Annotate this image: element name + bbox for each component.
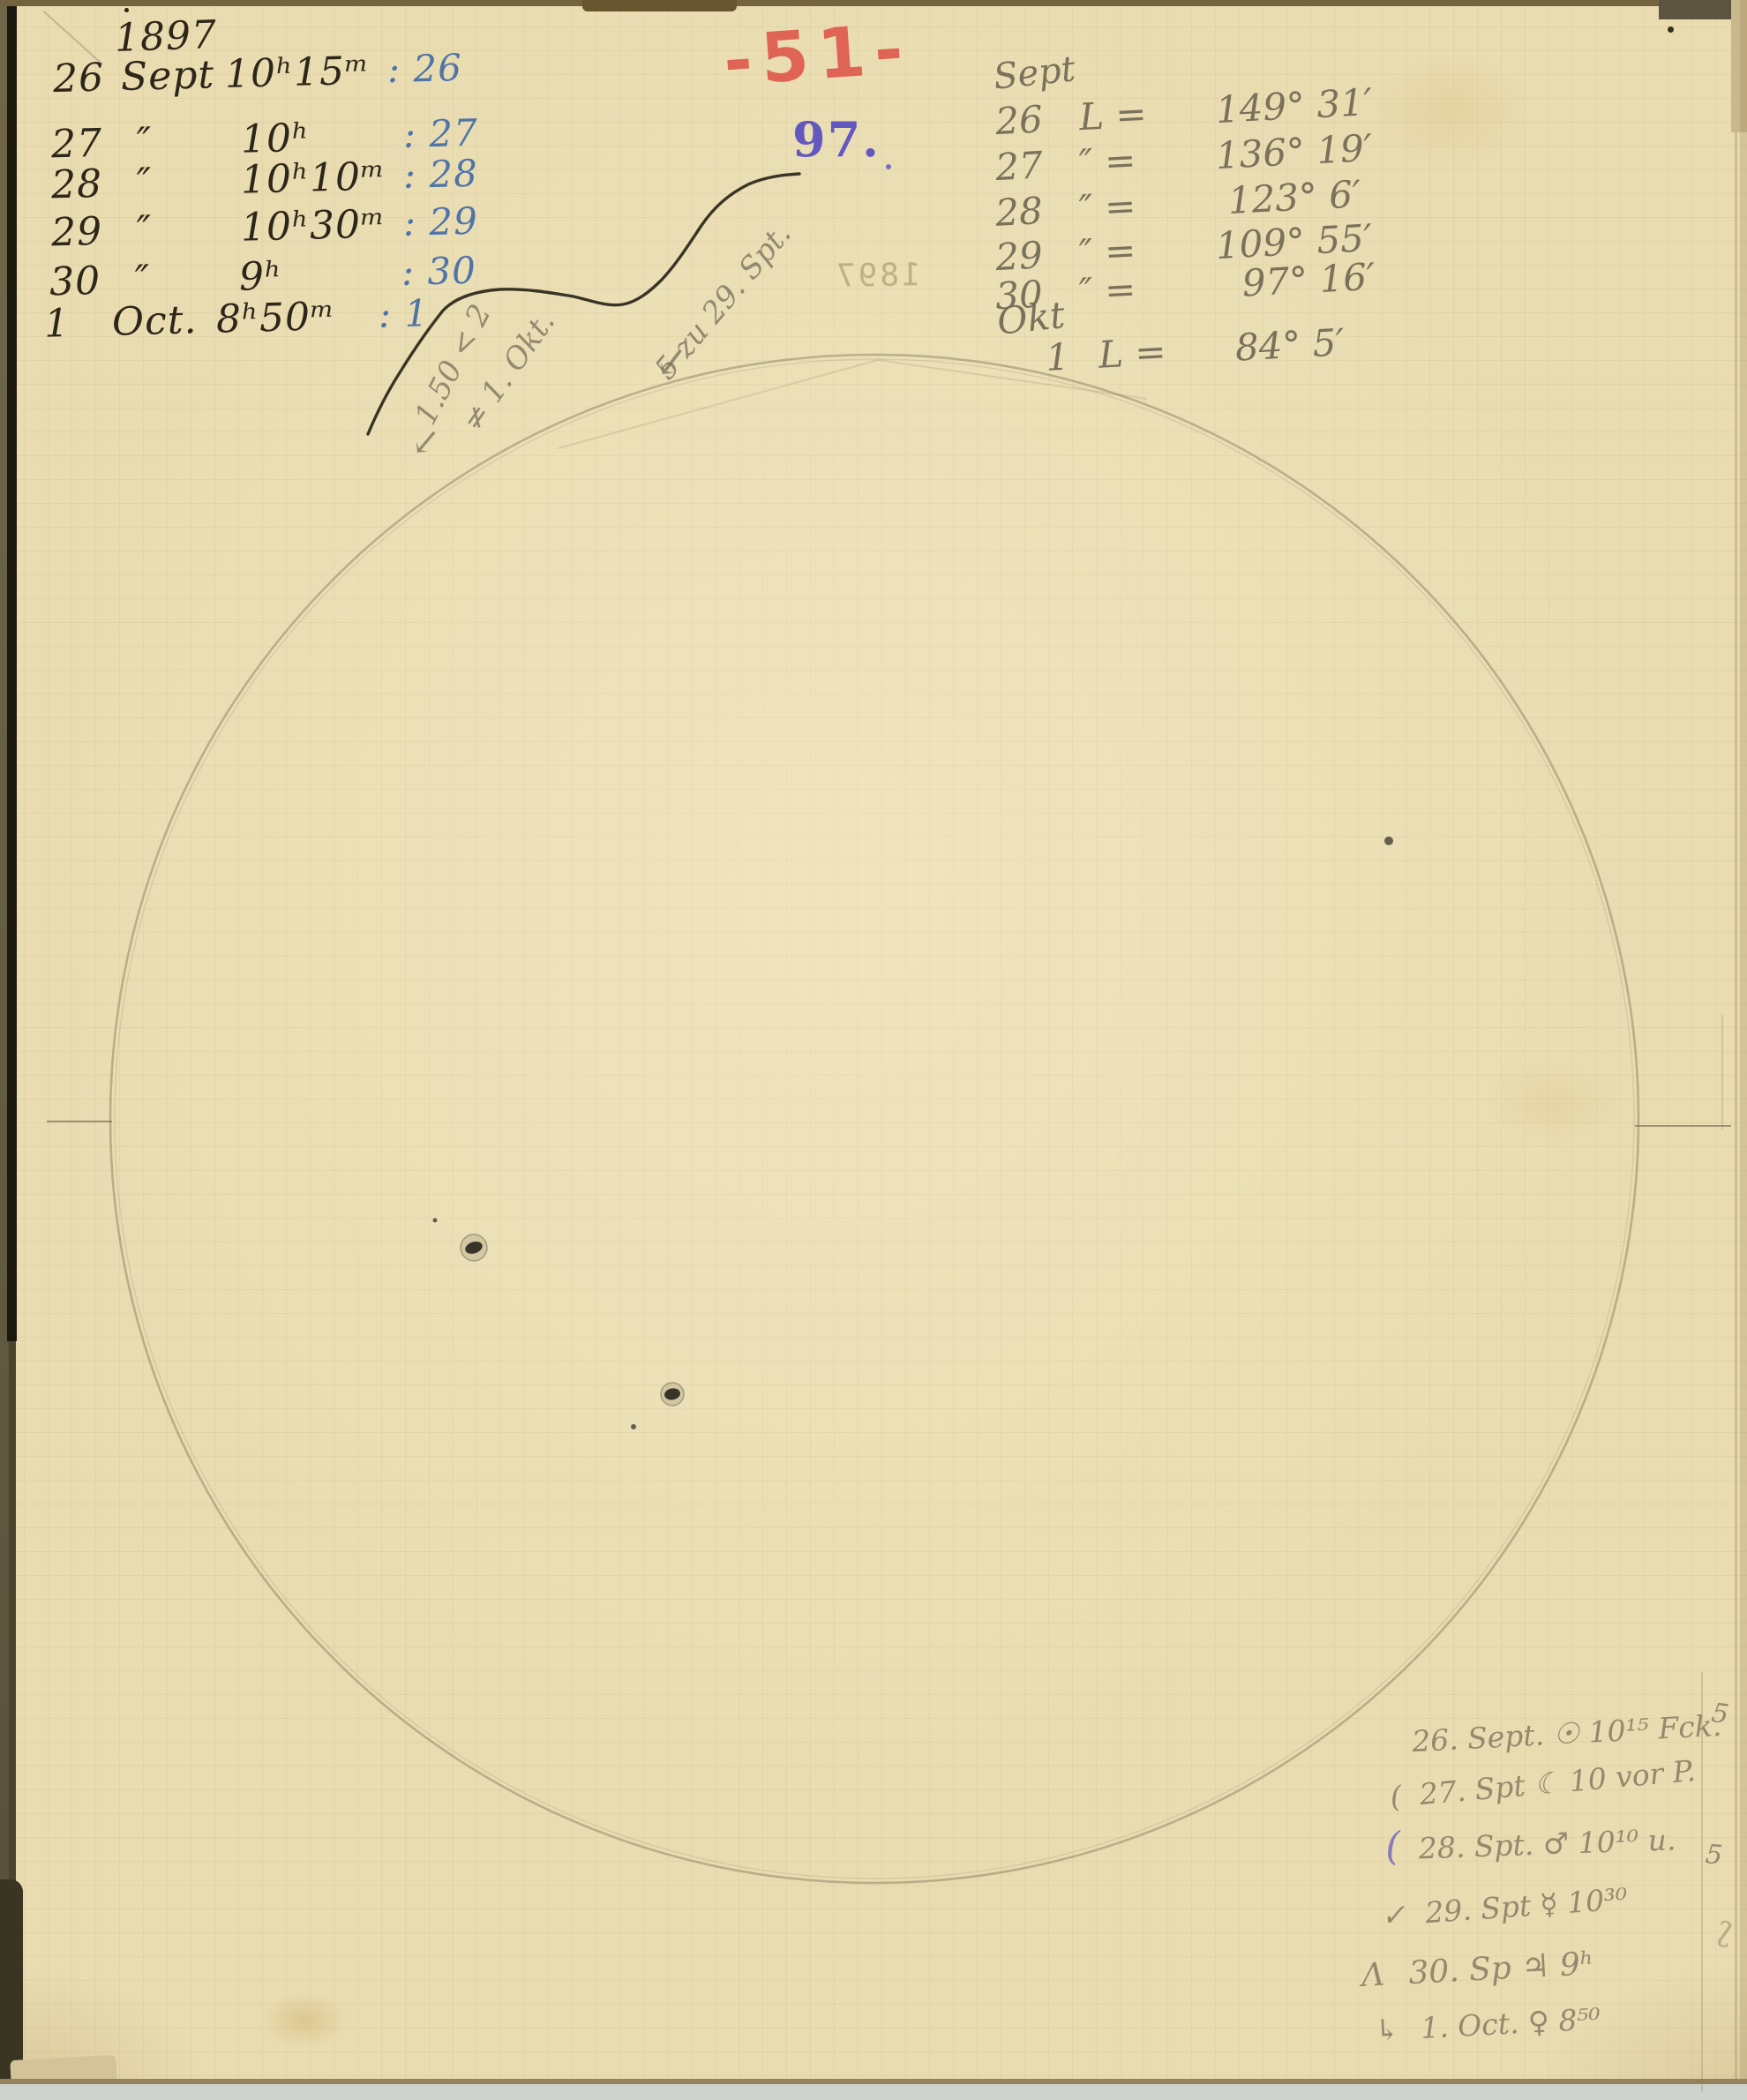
lon-value: 123° 6′ <box>1215 172 1362 223</box>
page-edge-top <box>0 0 1747 6</box>
lon-value: 136° 19′ <box>1215 126 1374 177</box>
lon-symbol: ″ = <box>1078 134 1217 184</box>
ink-speck <box>124 8 129 12</box>
log-day: 30 <box>49 258 116 304</box>
log-time: 10ʰ10ᵐ <box>240 154 398 203</box>
scanned-notebook-page: 1897 26 Sept 10ʰ15ᵐ : 26 27 ″ 10ʰ : 27 2… <box>0 0 1747 2100</box>
paper-crease-vertical <box>1701 1672 1703 2091</box>
log-day: 26 <box>52 55 119 101</box>
lon-value: 149° 31′ <box>1215 80 1374 131</box>
margin-note-prefix-violet: ( <box>1384 1824 1401 1870</box>
lon-day: 27 <box>994 141 1080 189</box>
lon-value: 84° 5′ <box>1234 320 1346 369</box>
log-month: ″ <box>116 158 241 206</box>
red-crayon-number: -51- <box>721 10 914 102</box>
pencil-speck <box>631 1424 636 1429</box>
log-number-blue: : 1 <box>372 291 430 338</box>
log-month: Sept <box>118 52 225 100</box>
lon-symbol: ″ = <box>1078 180 1217 230</box>
margin-note-prefix: ✓ <box>1380 1897 1406 1933</box>
lon-day: 26 <box>994 95 1080 143</box>
log-number-blue: : 28 <box>397 152 478 199</box>
edge-pencil-mark: 5 <box>1705 1839 1724 1871</box>
ink-speck <box>1668 26 1674 33</box>
log-day: 29 <box>50 208 117 255</box>
log-number-blue: : 30 <box>395 249 476 296</box>
lon-day: 28 <box>994 187 1080 235</box>
log-time: 10ʰ30ᵐ <box>240 201 398 251</box>
paper-crease-vertical-short <box>1721 1015 1723 1129</box>
pencil-speck <box>1384 836 1393 845</box>
log-month: ″ <box>116 206 241 254</box>
sunspot-group-1 <box>461 1234 487 1261</box>
small-arrow: ↙ <box>409 421 442 464</box>
lon-value: 97° 16′ <box>1215 255 1376 306</box>
lon-symbol: L = <box>1098 326 1236 377</box>
log-time: 10ʰ15ᵐ <box>224 48 382 97</box>
sun-disk-circle <box>110 355 1638 1883</box>
log-time: 8ʰ50ᵐ <box>215 293 373 342</box>
lon-day: 1 <box>1045 334 1099 379</box>
log-number-blue: : 26 <box>381 46 462 93</box>
sun-disk-circle-echo <box>115 359 1634 1879</box>
log-day: 27 <box>50 120 117 167</box>
margin-note-prefix: Λ <box>1361 1957 1385 1994</box>
lon-symbol: L = <box>1078 88 1217 139</box>
margin-note-text: 28. Spt. ♂ 10¹⁰ u. <box>1409 1822 1676 1866</box>
log-number-blue: : 29 <box>397 199 478 246</box>
violet-ink-dot <box>886 164 891 169</box>
lon-symbol: ″ = <box>1078 263 1217 313</box>
bleed-through-year-stamp: 1897 <box>834 257 921 295</box>
margin-note-prefix: ( <box>1389 1779 1403 1814</box>
page-edge-top-dark-segment <box>582 0 737 11</box>
sunspot-group-2 <box>661 1383 684 1406</box>
page-edge-left-shadow <box>7 0 17 1341</box>
log-day: 1 <box>43 300 110 347</box>
log-day: 28 <box>50 161 117 207</box>
page-edge-right-line <box>1735 132 1737 2100</box>
margin-note-prefix: ↳ <box>1374 2012 1400 2047</box>
pencil-speck <box>433 1219 438 1223</box>
page-edge-right-shade <box>1740 0 1747 2100</box>
longitude-month-label: Sept <box>992 49 1077 97</box>
page-edge-left-lower <box>9 1341 16 1906</box>
scanner-bed-strip <box>0 2084 1747 2100</box>
log-month: ″ <box>115 255 239 304</box>
violet-stamp-number: 97. <box>792 111 881 168</box>
log-month: Oct. <box>109 297 216 345</box>
